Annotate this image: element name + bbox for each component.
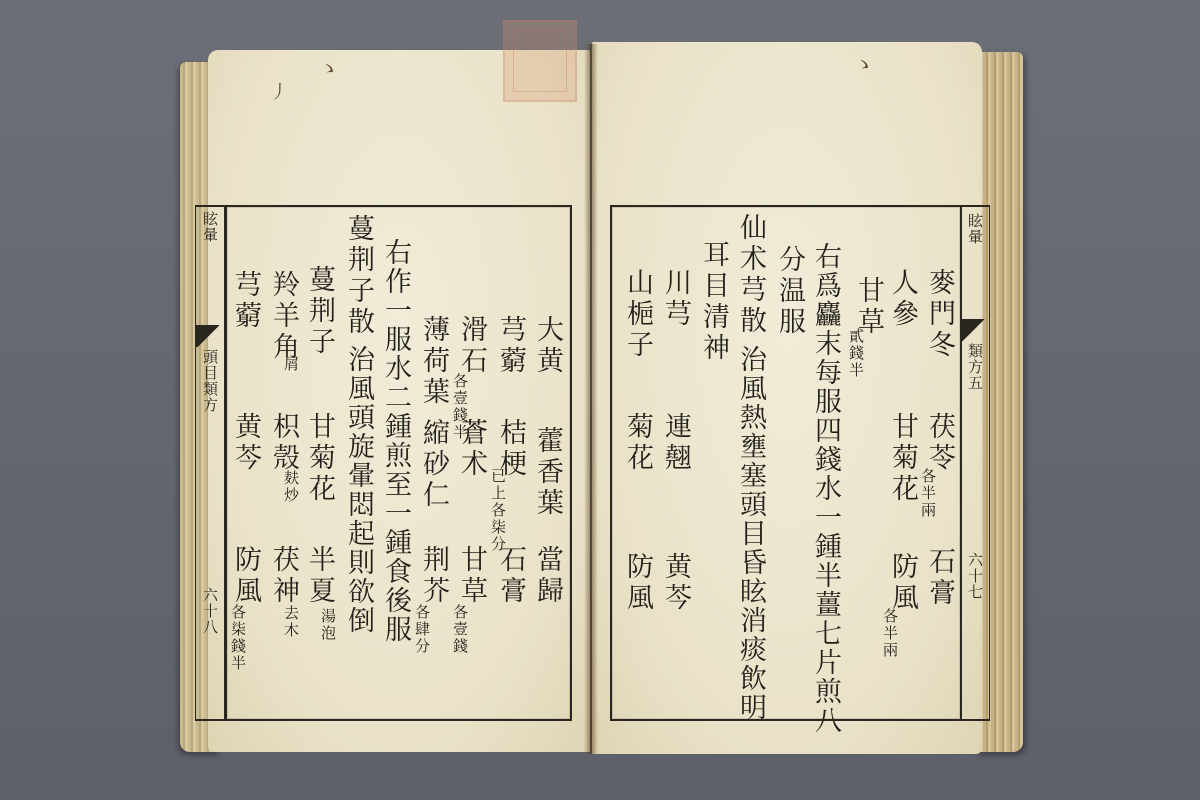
text-column: 茯神 xyxy=(270,545,297,607)
annotation-note: 各半兩 xyxy=(920,468,935,528)
text-column: 枳殼 xyxy=(270,412,297,474)
annotation-note: 去木 xyxy=(283,605,298,639)
annotation-note: 麸炒 xyxy=(283,470,298,504)
right-margin-label-top: 眩暈 xyxy=(965,213,986,245)
text-column: 當歸 xyxy=(534,545,561,607)
book-gutter xyxy=(584,44,598,754)
text-column: 分温服 xyxy=(776,245,803,338)
text-column: 甘菊花 xyxy=(889,412,916,505)
text-column: 芎藭 xyxy=(497,315,524,377)
right-page-number: 六十七 xyxy=(965,552,986,600)
annotation-note: 各肆分 xyxy=(414,604,429,664)
text-column: 防風 xyxy=(889,552,916,614)
open-book: ゝ 丿 ゝ 眩暈 頭目類方 六十八 大黄 藿香葉 當歸 芎藭 桔梗 已上各柒分 … xyxy=(0,0,1200,800)
annotation-note: 各柒錢半 xyxy=(230,604,245,664)
text-column: 甘菊花 xyxy=(306,412,333,505)
formula-title: 仙术芎散 xyxy=(737,213,764,337)
ink-mark: 丿 xyxy=(270,78,288,104)
text-column: 大黄 xyxy=(534,315,561,377)
text-column: 半夏 xyxy=(306,545,333,607)
annotation-note: 各半兩 xyxy=(882,608,897,668)
text-column: 黄芩 xyxy=(232,412,259,474)
text-column: 甘草 xyxy=(458,545,485,607)
text-column: 防風 xyxy=(624,552,651,614)
library-seal-stamp xyxy=(503,20,577,102)
text-column: 縮砂仁 xyxy=(420,418,447,511)
text-column: 滑石 xyxy=(458,315,485,377)
left-margin-label-mid: 頭目類方 xyxy=(200,349,221,413)
left-page-margin-strip: 眩暈 頭目類方 六十八 xyxy=(195,205,225,721)
text-column: 黄芩 xyxy=(662,552,689,614)
annotation-note: 貳錢半 xyxy=(848,328,863,388)
text-column: 治風熱壅塞頭目昏眩消痰飲明 xyxy=(737,345,764,722)
text-column: 蒼术 xyxy=(458,418,485,480)
left-page-number: 六十八 xyxy=(200,587,221,635)
text-column: 耳目清神 xyxy=(700,240,727,364)
text-column: 川芎 xyxy=(662,268,689,330)
text-column: 蔓荆子 xyxy=(306,265,333,358)
text-column: 荆芥 xyxy=(420,545,447,607)
text-column: 山梔子 xyxy=(624,268,651,361)
fishtail-mark xyxy=(961,319,987,341)
text-column: 防風 xyxy=(232,545,259,607)
text-column: 右爲麤末每服四錢水一鍾半薑七片煎八 xyxy=(812,242,839,735)
annotation-note: 湯泡 xyxy=(320,608,335,658)
annotation-note: 各壹錢 xyxy=(452,604,467,664)
text-column: 茯苓 xyxy=(926,412,953,474)
right-margin-label-mid: 類方五 xyxy=(965,343,986,391)
text-column: 薄荷葉 xyxy=(420,315,447,408)
annotation-note: 已上各柒分 xyxy=(490,468,505,540)
text-column: 右作一服水二鍾煎至一鍾食後服 xyxy=(382,238,409,644)
text-column: 石膏 xyxy=(497,545,524,607)
text-column: 羚羊角 xyxy=(270,270,297,363)
formula-title: 蔓荆子散 xyxy=(345,214,372,338)
annotation-note: 屑 xyxy=(283,356,298,373)
ink-mark: ゝ xyxy=(318,52,340,83)
fishtail-mark xyxy=(196,325,222,347)
left-margin-label-top: 眩暈 xyxy=(200,211,221,243)
text-column: 麥門冬 xyxy=(926,268,953,361)
text-column: 藿香葉 xyxy=(534,426,561,519)
text-column: 石膏 xyxy=(926,547,953,609)
text-column: 菊花 xyxy=(624,412,651,474)
ink-mark: ゝ xyxy=(853,48,875,79)
text-column: 人參 xyxy=(889,268,916,330)
right-page-margin-strip: 眩暈 類方五 六十七 xyxy=(960,205,990,721)
text-column: 芎藭 xyxy=(232,270,259,332)
text-column: 連翹 xyxy=(662,412,689,474)
text-column: 治風頭旋暈悶起則欲倒 xyxy=(345,345,372,635)
